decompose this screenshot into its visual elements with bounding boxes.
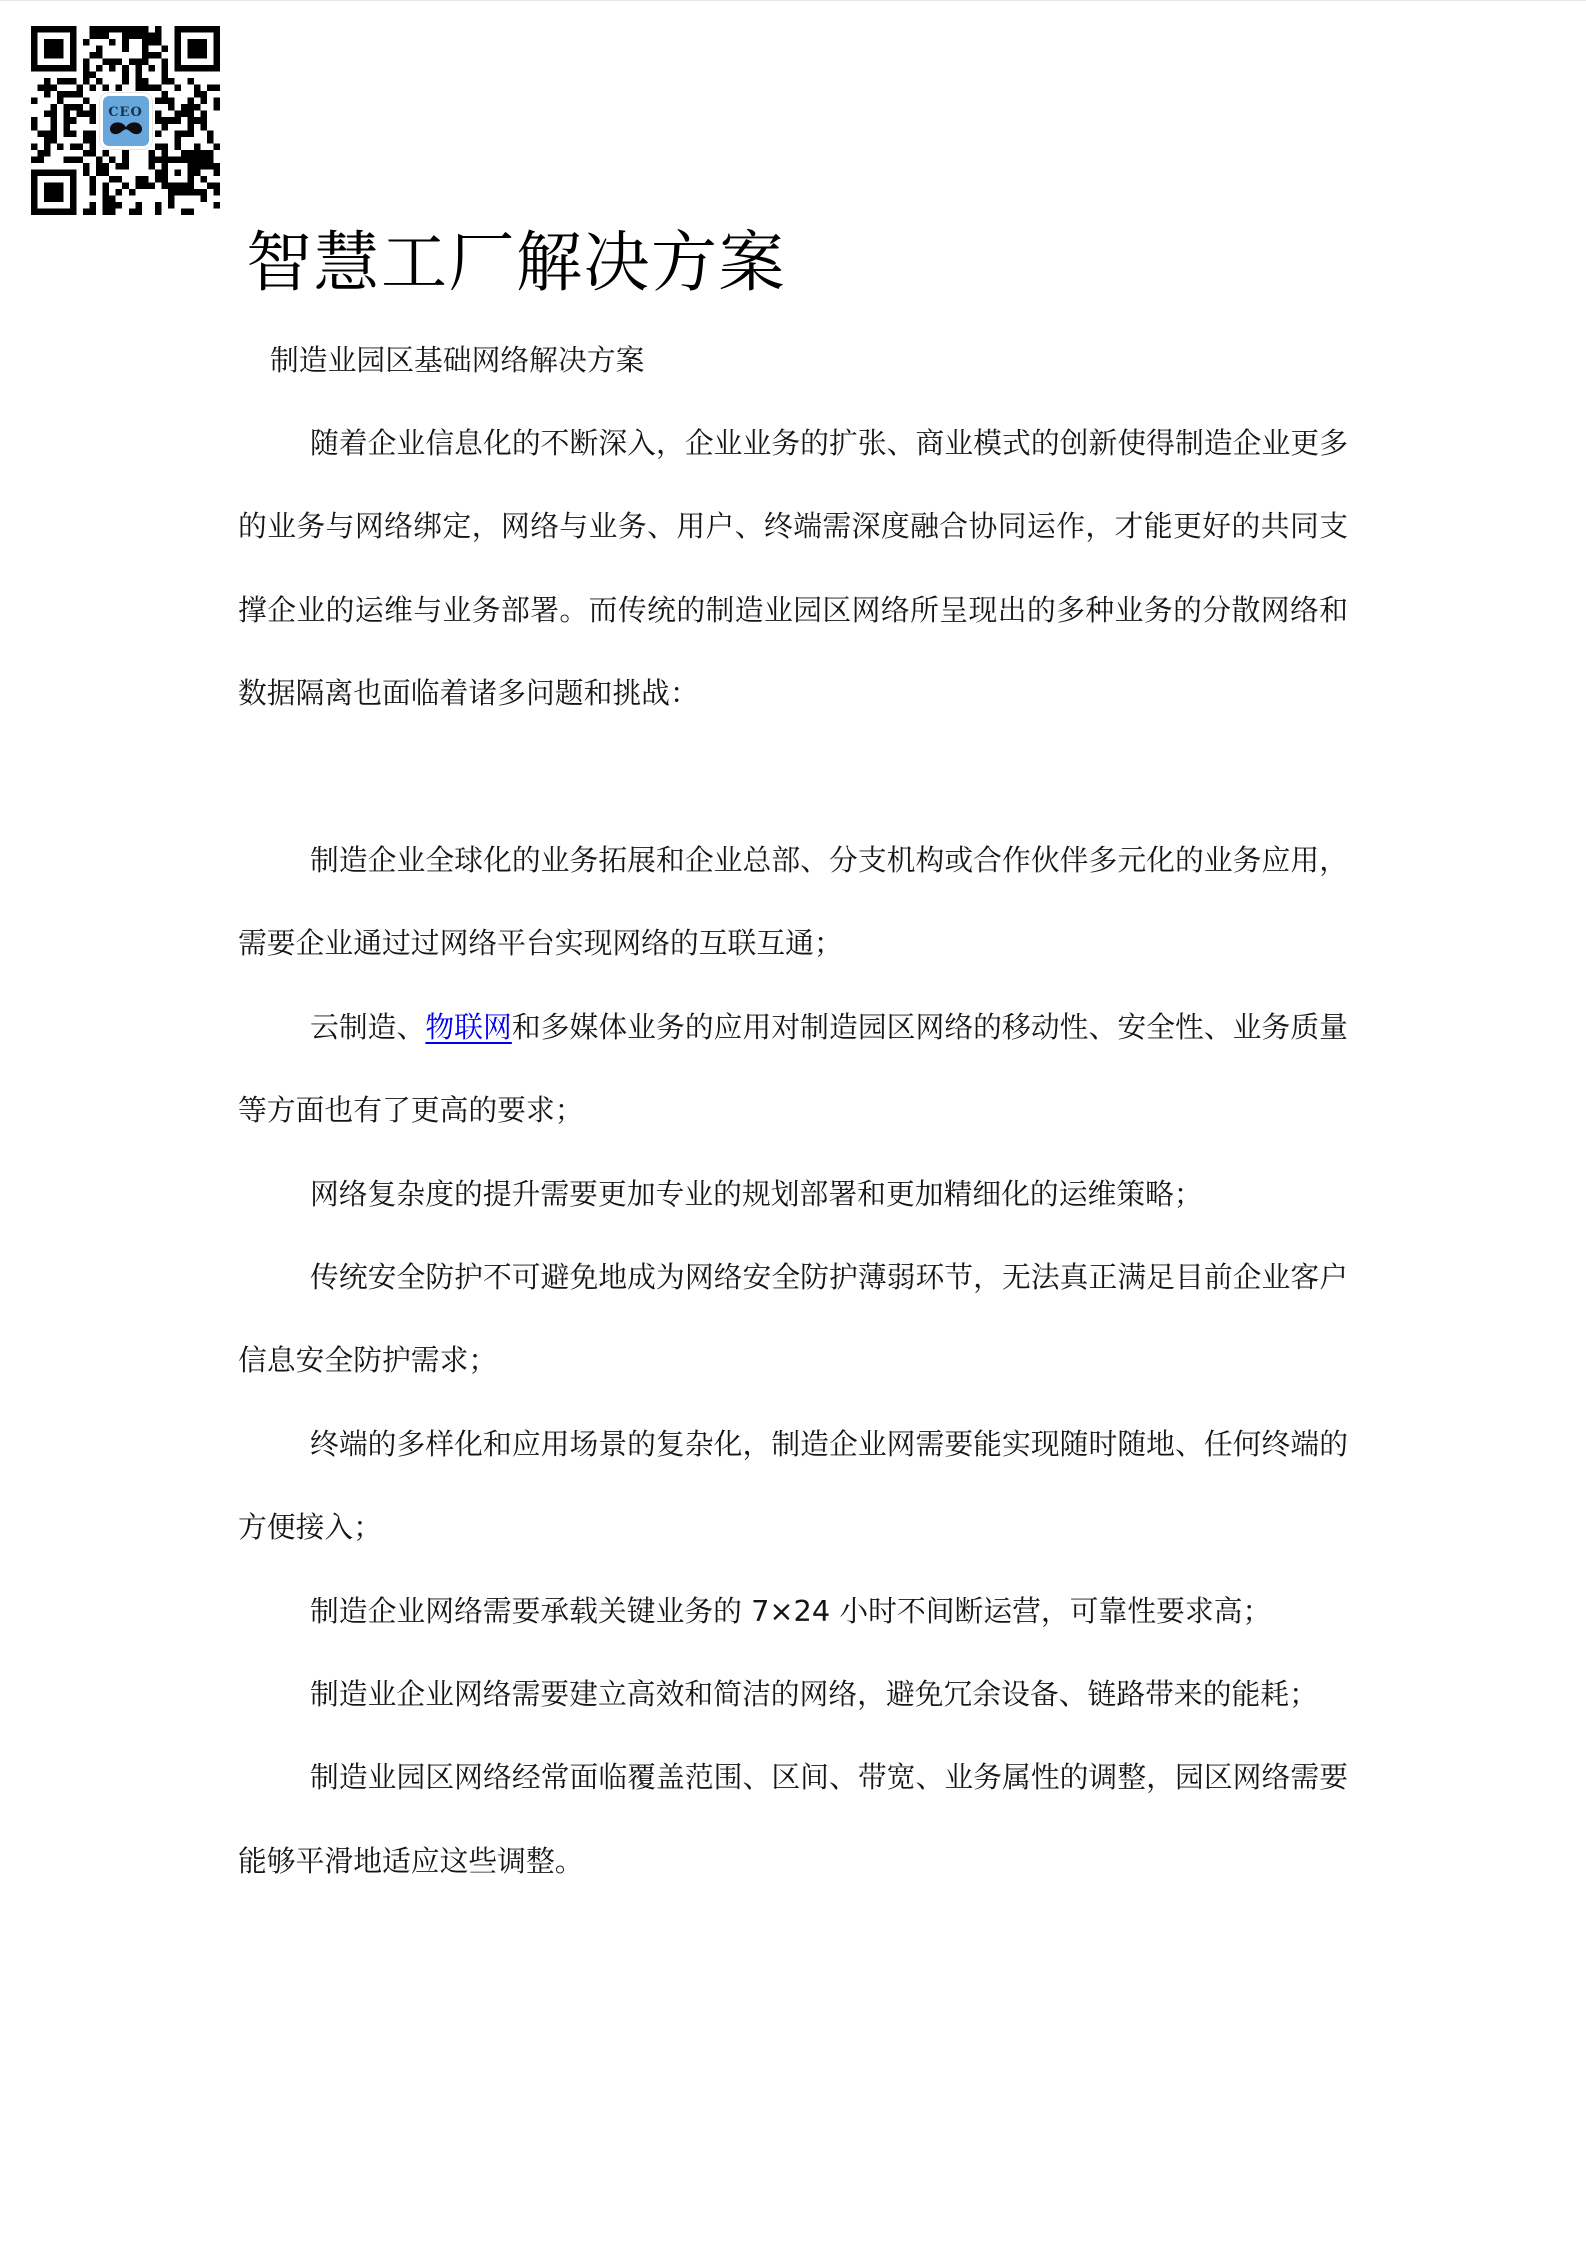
paragraph-cloud-iot-prefix: 云制造、 bbox=[310, 1010, 425, 1044]
document-content: 智慧工厂解决方案 制造业园区基础网络解决方案 随着企业信息化的不断深入，企业业务… bbox=[0, 1, 1586, 1903]
paragraph-terminal-diversity: 终端的多样化和应用场景的复杂化，制造企业网需要能实现随时随地、任何终端的方便接入… bbox=[238, 1403, 1348, 1570]
paragraph-global-business: 制造企业全球化的业务拓展和企业总部、分支机构或合作伙伴多元化的业务应用，需要企业… bbox=[238, 819, 1348, 986]
ceo-badge-label: CEO bbox=[108, 106, 143, 120]
paragraph-security: 传统安全防护不可避免地成为网络安全防护薄弱环节，无法真正满足目前企业客户信息安全… bbox=[238, 1236, 1348, 1403]
mustache-icon bbox=[106, 121, 146, 136]
blank-line bbox=[238, 736, 1348, 819]
paragraph-adjustment: 制造业园区网络经常面临覆盖范围、区间、带宽、业务属性的调整，园区网络需要能够平滑… bbox=[238, 1736, 1348, 1903]
paragraph-intro: 随着企业信息化的不断深入，企业业务的扩张、商业模式的创新使得制造企业更多的业务与… bbox=[238, 402, 1348, 736]
document-page: CEO 智慧工厂解决方案 制造业园区基础网络解决方案 随着企业信息化的不断深入，… bbox=[0, 0, 1586, 2245]
paragraph-efficiency: 制造业企业网络需要建立高效和简洁的网络，避免冗余设备、链路带来的能耗； bbox=[238, 1653, 1348, 1736]
paragraph-cloud-iot: 云制造、物联网和多媒体业务的应用对制造园区网络的移动性、安全性、业务质量等方面也… bbox=[238, 986, 1348, 1153]
paragraph-network-complexity: 网络复杂度的提升需要更加专业的规划部署和更加精细化的运维策略； bbox=[238, 1153, 1348, 1236]
page-title: 智慧工厂解决方案 bbox=[238, 1, 1348, 303]
iot-link[interactable]: 物联网 bbox=[425, 1010, 512, 1044]
paragraph-reliability: 制造企业网络需要承载关键业务的 7×24 小时不间断运营，可靠性要求高； bbox=[238, 1570, 1348, 1653]
qr-code: CEO bbox=[31, 26, 220, 215]
body-text: 随着企业信息化的不断深入，企业业务的扩张、商业模式的创新使得制造企业更多的业务与… bbox=[238, 402, 1348, 1903]
ceo-badge: CEO bbox=[100, 93, 152, 149]
page-subtitle: 制造业园区基础网络解决方案 bbox=[238, 319, 1348, 402]
